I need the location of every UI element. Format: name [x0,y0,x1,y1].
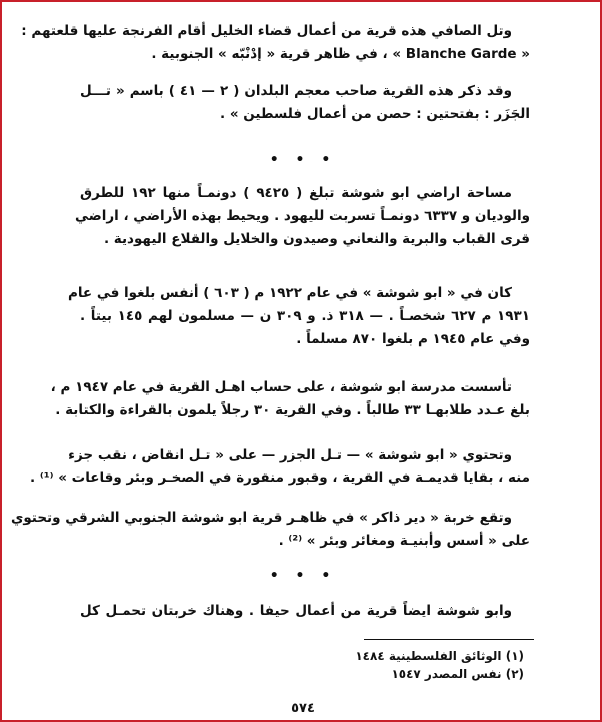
text-line: كان في « ابو شوشة » في عام ١٩٢٢ م ( ٦٠٣ … [80,282,530,305]
paragraph-tell-es-safi: وتل الصافي هذه قرية من أعمال قضاء الخليل… [80,20,530,66]
text-line: وتحتوي « ابو شوشة » — تـل الجزر — على « … [80,444,530,467]
footnote-2: (٢) نفس المصدر ١٥٤٧ [302,665,524,683]
text-line: وفي عام ١٩٤٥ م بلغوا ٨٧٠ مسلماً . [80,328,530,351]
text-line: مساحة اراضي ابو شوشة تبلغ ( ٩٤٢٥ ) دونمـ… [80,182,530,205]
paragraph-mujam-albuldan: وقد ذكر هذه القرية صاحب معجم البلدان ( ٢… [80,80,530,126]
text-line: الجَزَر : بفتحتين : حصن من أعمال فلسطين … [80,103,530,126]
footnote-1: (١) الوثائق الفلسطينية ١٤٨٤ [302,647,524,665]
paragraph-deir-dhakir: وتقع خربة « دير ذاكر » في ظاهـر قرية ابو… [80,507,530,553]
text-line: بلغ عـدد طلابهـا ٣٣ طالباً . وفي القرية … [80,399,530,422]
page-number: ٥٧٤ [2,701,602,716]
footnote-divider [364,639,534,640]
text-line: وتقع خربة « دير ذاكر » في ظاهـر قرية ابو… [80,507,530,530]
text-line: والوديان و ٦٣٣٧ دونمـاً تسربت لليهود . و… [80,205,530,228]
paragraph-school: تأسست مدرسة ابو شوشة ، على حساب اهـل الق… [80,376,530,422]
paragraph-antiquities: وتحتوي « ابو شوشة » — تـل الجزر — على « … [80,444,530,490]
footnotes: (١) الوثائق الفلسطينية ١٤٨٤ (٢) نفس المص… [302,647,524,683]
paragraph-land-area: مساحة اراضي ابو شوشة تبلغ ( ٩٤٢٥ ) دونمـ… [80,182,530,251]
paragraph-population: كان في « ابو شوشة » في عام ١٩٢٢ م ( ٦٠٣ … [80,282,530,351]
section-separator: • • • [2,568,602,584]
text-line: تأسست مدرسة ابو شوشة ، على حساب اهـل الق… [80,376,530,399]
text-line: ١٩٣١ م ٦٢٧ شخصـاً . — ٣١٨ ذ. و ٣٠٩ ن — م… [80,305,530,328]
text-line: وابو شوشة ايضاً قرية من أعمال حيفا . وهن… [80,600,530,623]
paragraph-haifa: وابو شوشة ايضاً قرية من أعمال حيفا . وهن… [80,600,530,623]
text-line: « Blanche Garde » ، في ظاهر قرية « إدْنْ… [80,43,530,66]
text-line: وتل الصافي هذه قرية من أعمال قضاء الخليل… [80,20,530,43]
text-line: على « أسس وأبنيـة ومغائر وبئر » ⁽²⁾ . [80,530,530,553]
section-separator: • • • [2,152,602,168]
text-line: وقد ذكر هذه القرية صاحب معجم البلدان ( ٢… [80,80,530,103]
document-page: وتل الصافي هذه قرية من أعمال قضاء الخليل… [0,0,602,722]
text-line: منه ، بقايا قديمـة في القرية ، وقبور منق… [80,467,530,490]
text-line: قرى القباب والبرية والنعاني وصيدون والخل… [80,228,530,251]
